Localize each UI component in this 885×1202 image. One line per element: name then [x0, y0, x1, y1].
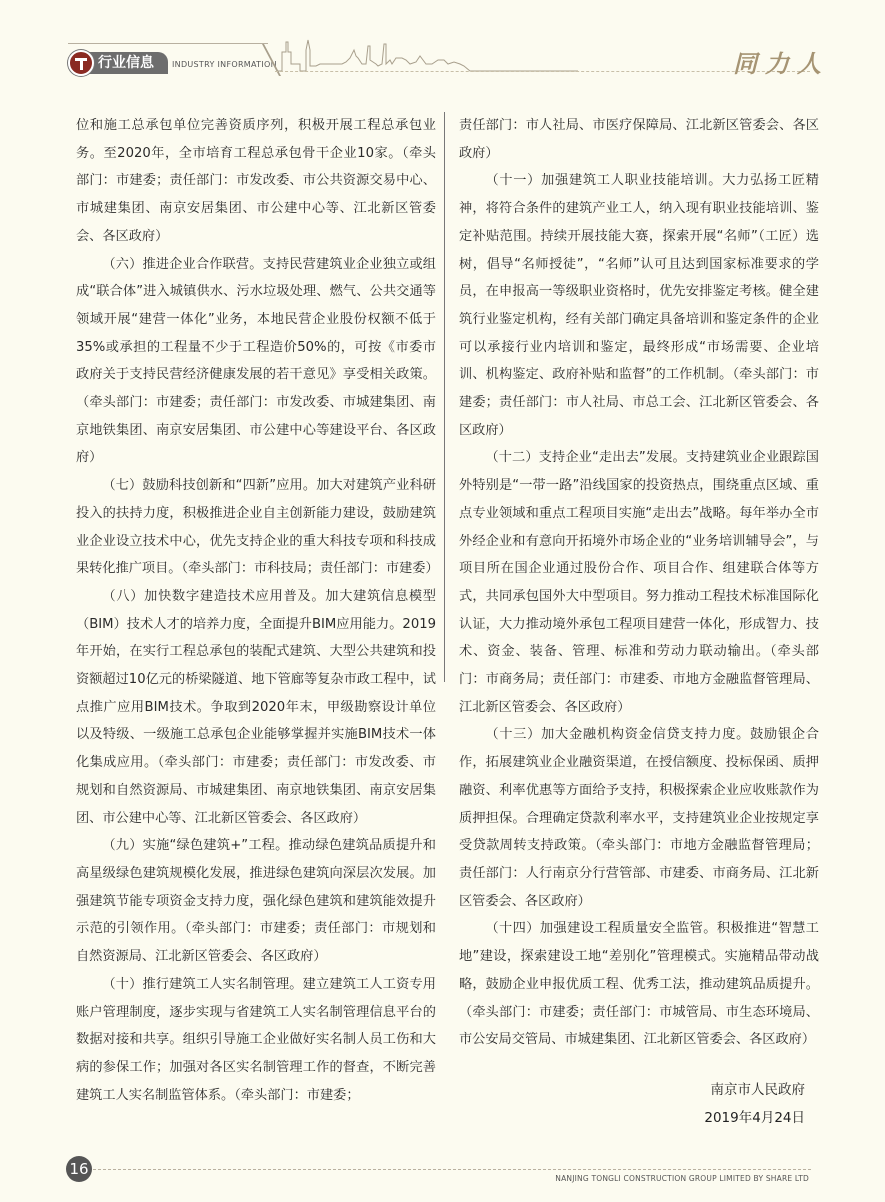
- brand-title: 同力人: [733, 44, 829, 79]
- section-label-en: INDUSTRY INFORMATION: [172, 60, 277, 69]
- paragraph: （七）鼓励科技创新和“四新”应用。加大对建筑产业科研投入的扶持力度，积极推进企业…: [76, 472, 436, 583]
- paragraph: （十）推行建筑工人实名制管理。建立建筑工人工资专用账户管理制度，逐步实现与省建筑…: [76, 971, 436, 1110]
- paragraph: （十三）加大金融机构资金信贷支持力度。鼓励银企合作，拓展建筑业企业融资渠道，在授…: [459, 721, 819, 915]
- page-number: 16: [66, 1156, 92, 1182]
- signature-block: 南京市人民政府 2019年4月24日: [704, 1076, 805, 1132]
- paragraph: 位和施工总承包单位完善资质序列，积极开展工程总承包业务。至2020年，全市培育工…: [76, 112, 436, 251]
- paragraph: 责任部门：市人社局、市医疗保障局、江北新区管委会、各区政府）: [459, 112, 819, 167]
- page-header: 行业信息 INDUSTRY INFORMATION 同力人: [0, 0, 885, 90]
- right-column: 责任部门：市人社局、市医疗保障局、江北新区管委会、各区政府） （十一）加强建筑工…: [459, 112, 819, 1054]
- paragraph: （六）推进企业合作联营。支持民营建筑业企业独立或组成“联合体”进入城镇供水、污水…: [76, 251, 436, 473]
- issue-date: 2019年4月24日: [704, 1104, 805, 1132]
- company-logo-icon: [68, 50, 94, 76]
- section-label: 行业信息: [88, 52, 168, 74]
- issuer: 南京市人民政府: [704, 1076, 805, 1104]
- header-top-rule: [68, 43, 268, 44]
- paragraph: （八）加快数字建造技术应用普及。加大建筑信息模型（BIM）技术人才的培养力度，全…: [76, 583, 436, 832]
- column-divider: [444, 112, 445, 682]
- footer-rule: [93, 1169, 811, 1170]
- left-column: 位和施工总承包单位完善资质序列，积极开展工程总承包业务。至2020年，全市培育工…: [76, 112, 436, 1109]
- footer-company-name: NANJING TONGLI CONSTRUCTION GROUP LIMITE…: [555, 1174, 809, 1183]
- city-skyline-icon: [278, 38, 578, 72]
- header-base-rule: [275, 71, 810, 72]
- paragraph: （十四）加强建设工程质量安全监管。积极推进“智慧工地”建设，探索建设工地“差别化…: [459, 915, 819, 1054]
- paragraph: （十二）支持企业“走出去”发展。支持建筑业企业跟踪国外特别是“一带一路”沿线国家…: [459, 444, 819, 721]
- paragraph: （十一）加强建筑工人职业技能培训。大力弘扬工匠精神，将符合条件的建筑产业工人，纳…: [459, 167, 819, 444]
- paragraph: （九）实施“绿色建筑+”工程。推动绿色建筑品质提升和高星级绿色建筑规模化发展，推…: [76, 832, 436, 971]
